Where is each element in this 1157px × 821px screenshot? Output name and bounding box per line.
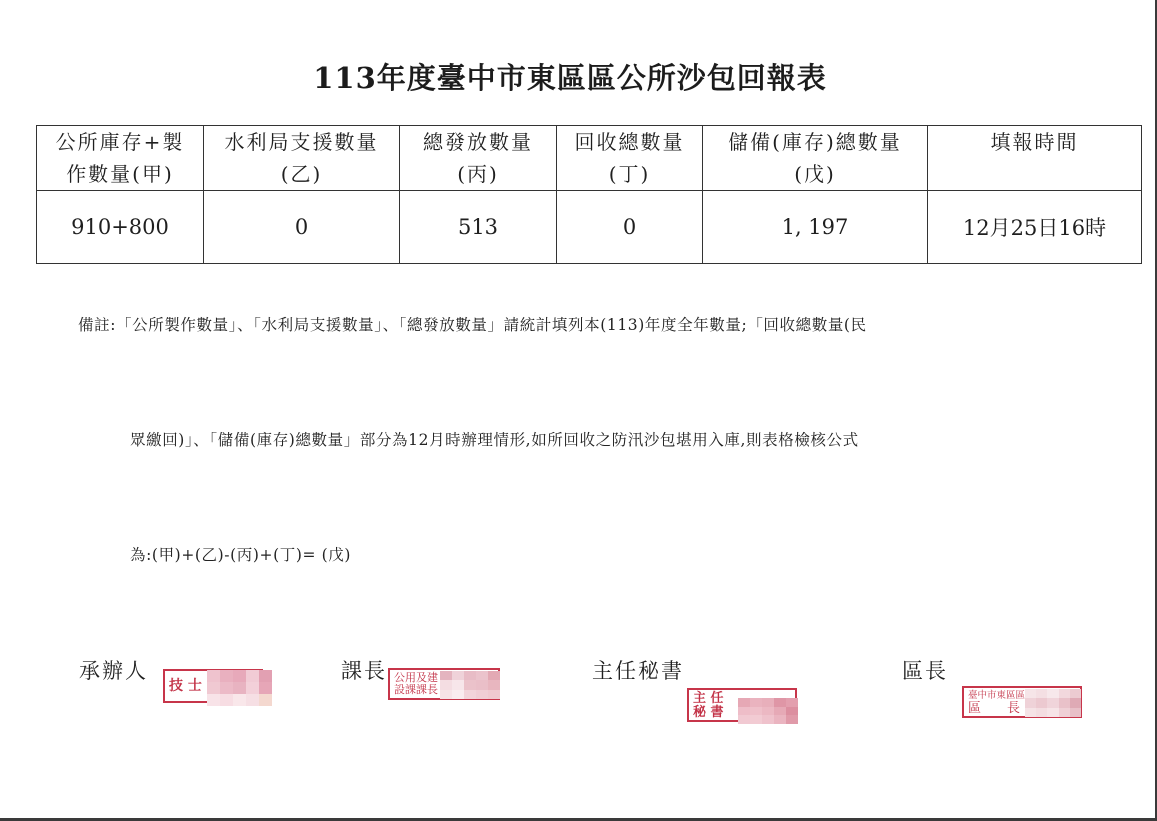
signature-label-district-chief: 區長 <box>902 655 948 685</box>
document-page: 113年度臺中市東區區公所沙包回報表 公所庫存+製 作數量(甲) 水利局支援數量… <box>0 0 1157 821</box>
cell-total-distributed: 513 <box>400 191 557 264</box>
cell-water-bureau-support: 0 <box>204 191 400 264</box>
signature-label-section-chief: 課長 <box>341 655 387 685</box>
note-line-3: 為:(甲)+(乙)-(丙)+(丁)= (戊) <box>130 543 351 565</box>
header-line: (戊) <box>703 158 927 190</box>
header-line: (丁) <box>557 158 702 190</box>
header-line: 儲備(庫存)總數量 <box>703 126 927 158</box>
report-table: 公所庫存+製 作數量(甲) 水利局支援數量 (乙) 總發放數量 (丙) 回收總數… <box>36 125 1142 264</box>
header-line: 作數量(甲) <box>37 158 203 190</box>
cell-reserve-total: 1, 197 <box>703 191 928 264</box>
header-line: 回收總數量 <box>557 126 702 158</box>
header-line: 填報時間 <box>928 126 1141 158</box>
stamp-text: 技 士 <box>169 678 202 694</box>
header-office-stock: 公所庫存+製 作數量(甲) <box>37 126 204 191</box>
header-water-bureau-support: 水利局支援數量 (乙) <box>204 126 400 191</box>
signature-label-handler: 承辦人 <box>79 655 148 685</box>
note-line-2: 眾繳回)」、「儲備(庫存)總數量」部分為12月時辦理情形,如所回收之防汛沙包堪用… <box>130 428 859 450</box>
cell-total-recovered: 0 <box>557 191 703 264</box>
redacted-name-section-chief <box>440 671 500 699</box>
header-line: 水利局支援數量 <box>204 126 399 158</box>
header-reserve-total: 儲備(庫存)總數量 (戊) <box>703 126 928 191</box>
header-total-distributed: 總發放數量 (丙) <box>400 126 557 191</box>
signature-label-chief-secretary: 主任秘書 <box>592 655 684 685</box>
redacted-name-handler <box>207 670 272 706</box>
header-total-recovered: 回收總數量 (丁) <box>557 126 703 191</box>
header-line: (乙) <box>204 158 399 190</box>
redacted-name-chief-secretary <box>738 698 798 724</box>
table-header-row: 公所庫存+製 作數量(甲) 水利局支援數量 (乙) 總發放數量 (丙) 回收總數… <box>37 126 1142 191</box>
note-line-1: 備註:「公所製作數量」、「水利局支援數量」、「總發放數量」請統計填列本(113)… <box>78 313 867 335</box>
redacted-name-district-chief <box>1025 689 1081 717</box>
header-line: 公所庫存+製 <box>37 126 203 158</box>
cell-report-time: 12月25日16時 <box>928 191 1142 264</box>
header-report-time: 填報時間 <box>928 126 1142 191</box>
table-row: 910+800 0 513 0 1, 197 12月25日16時 <box>37 191 1142 264</box>
header-line: (丙) <box>400 158 556 190</box>
header-line: 總發放數量 <box>400 126 556 158</box>
cell-office-stock: 910+800 <box>37 191 204 264</box>
document-title: 113年度臺中市東區區公所沙包回報表 <box>0 56 1140 97</box>
